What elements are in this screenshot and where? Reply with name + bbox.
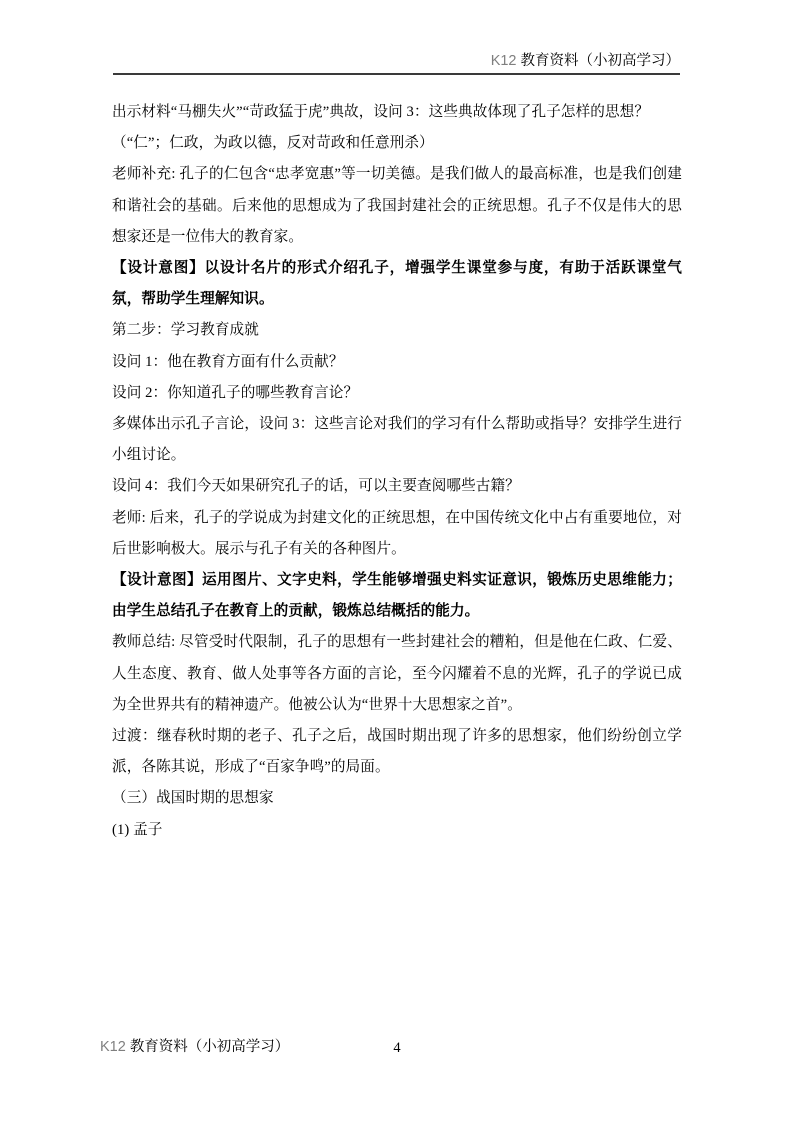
page-header: K12教育资料（小初高学习）: [113, 52, 680, 70]
para-multimedia-question-3: 多媒体出示孔子言论，设问 3：这些言论对我们的学习有什么帮助或指导？安排学生进行…: [112, 409, 682, 471]
para-transition: 过渡：继春秋时期的老子、孔子之后，战国时期出现了许多的思想家，他们纷纷创立学派，…: [112, 721, 682, 783]
document-body: 出示材料“马棚失火”“苛政猛于虎”典故，设问 3：这些典故体现了孔子怎样的思想？…: [112, 97, 682, 846]
para-design-intent-1: 【设计意图】以设计名片的形式介绍孔子，增强学生课堂参与度，有助于活跃课堂气氛，帮…: [112, 253, 682, 315]
para-material-question-3: 出示材料“马棚失火”“苛政猛于虎”典故，设问 3：这些典故体现了孔子怎样的思想？: [112, 97, 682, 128]
para-step-2-heading: 第二步：学习教育成就: [112, 315, 682, 346]
header-brand-k12: K12: [491, 53, 517, 69]
header-title: 教育资料（小初高学习）: [521, 53, 681, 69]
para-teacher-supplement: 老师补充: 孔子的仁包含“忠孝宽惠”等一切美德。是我们做人的最高标准，也是我们创…: [112, 159, 682, 253]
para-answer-ren: （“仁”；仁政，为政以德，反对苛政和任意刑杀）: [112, 128, 682, 159]
header-divider: [113, 73, 680, 75]
para-question-2: 设问 2：你知道孔子的哪些教育言论？: [112, 378, 682, 409]
para-design-intent-2: 【设计意图】运用图片、文字史料，学生能够增强史料实证意识，锻炼历史思维能力；由学…: [112, 565, 682, 627]
para-teacher-later: 老师: 后来，孔子的学说成为封建文化的正统思想，在中国传统文化中占有重要地位，对…: [112, 503, 682, 565]
para-teacher-summary: 教师总结: 尽管受时代限制，孔子的思想有一些封建社会的糟粕，但是他在仁政、仁爱、…: [112, 627, 682, 721]
para-question-1: 设问 1：他在教育方面有什么贡献？: [112, 347, 682, 378]
page-number: 4: [0, 1039, 794, 1057]
para-question-4: 设问 4：我们今天如果研究孔子的话，可以主要查阅哪些古籍？: [112, 471, 682, 502]
document-page: K12教育资料（小初高学习） 出示材料“马棚失火”“苛政猛于虎”典故，设问 3：…: [0, 0, 794, 1123]
heading-warring-states-thinkers: （三）战国时期的思想家: [112, 783, 682, 814]
item-mengzi: (1) 孟子: [112, 815, 682, 846]
